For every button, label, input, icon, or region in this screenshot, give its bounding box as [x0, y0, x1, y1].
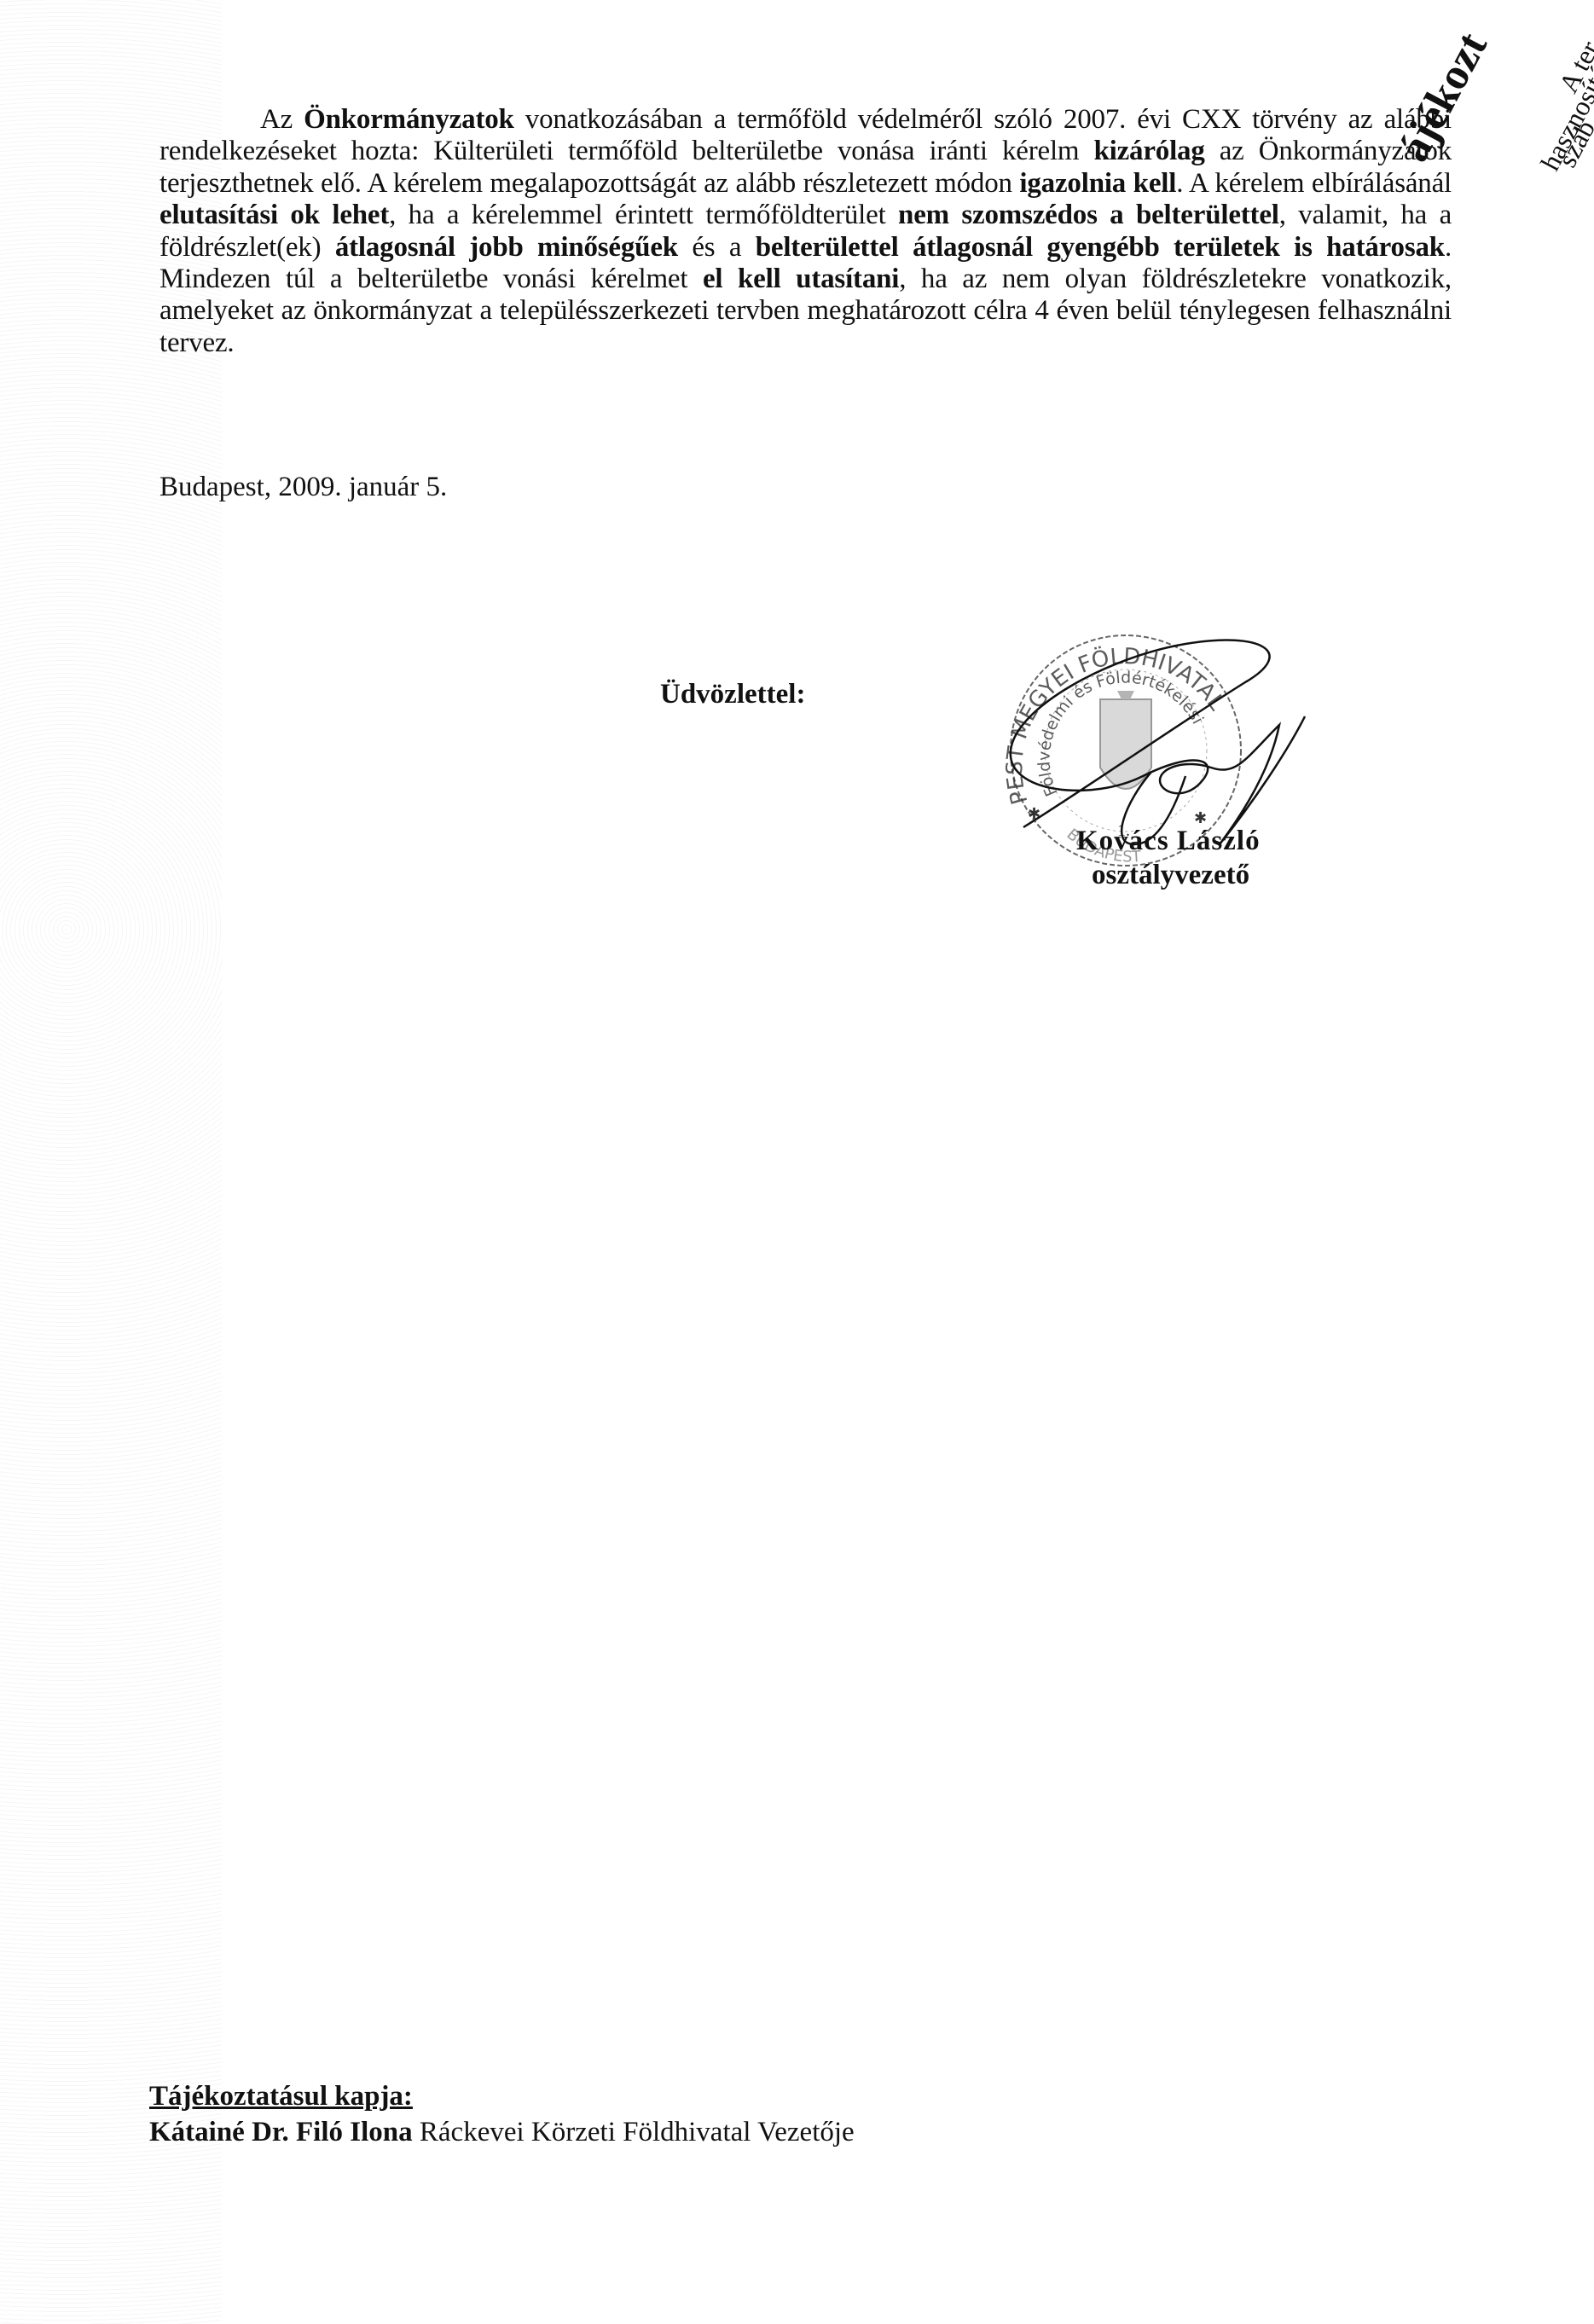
closing-greeting: Üdvözlettel: — [660, 679, 805, 710]
signatory-name: Kovács László — [1076, 826, 1261, 857]
cc-recipient: Kátainé Dr. Filó Ilona Ráckevei Körzeti … — [149, 2117, 855, 2148]
cc-recipient-name: Kátainé Dr. Filó Ilona — [149, 2117, 413, 2147]
svg-text:✱: ✱ — [1194, 809, 1207, 826]
cc-heading: Tájékoztatásul kapja: — [149, 2081, 413, 2112]
letter-body-text: Az Önkormányzatok vonatkozásában a termő… — [159, 104, 1452, 358]
letter-date: Budapest, 2009. január 5. — [159, 472, 447, 503]
document-page: Az Önkormányzatok vonatkozásában a termő… — [0, 0, 1594, 2324]
margin-stamp-fragment: hasznosítá — [1534, 61, 1594, 176]
coat-of-arms-icon — [1100, 691, 1151, 789]
signatory-title: osztályvezető — [1092, 860, 1249, 891]
cc-recipient-role: Ráckevei Körzeti Földhivatal Vezetője — [420, 2117, 855, 2147]
margin-stamp-fragment: A ter — [1552, 36, 1594, 98]
margin-stamp-fragment: szab — [1551, 115, 1594, 173]
letter-body-paragraph: Az Önkormányzatok vonatkozásában a termő… — [159, 104, 1452, 359]
